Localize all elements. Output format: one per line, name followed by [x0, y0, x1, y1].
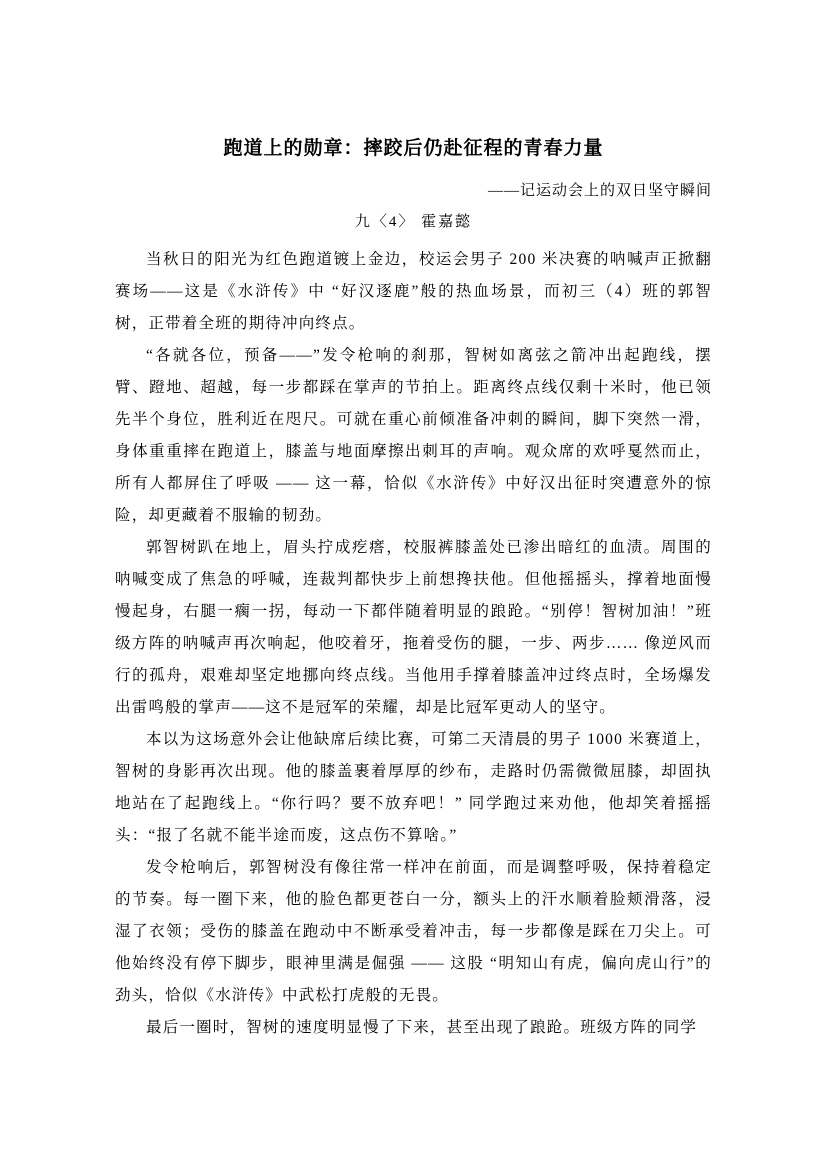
paragraph: 当秋日的阳光为红色跑道镀上金边，校运会男子 200 米决赛的呐喊声正掀翻赛场——… — [115, 244, 712, 340]
document-title: 跑道上的勋章：摔跤后仍赴征程的青春力量 — [115, 130, 712, 168]
document-subtitle: ——记运动会上的双日坚守瞬间 — [115, 176, 712, 207]
document-page: 跑道上的勋章：摔跤后仍赴征程的青春力量 ——记运动会上的双日坚守瞬间 九〈4〉 … — [0, 0, 827, 1170]
paragraph: 郭智树趴在地上，眉头拧成疙瘩，校服裤膝盖处已渗出暗红的血渍。周围的呐喊变成了焦急… — [115, 532, 712, 724]
document-body: 当秋日的阳光为红色跑道镀上金边，校运会男子 200 米决赛的呐喊声正掀翻赛场——… — [115, 244, 712, 1044]
paragraph: 最后一圈时，智树的速度明显慢了下来，甚至出现了踉跄。班级方阵的同学 — [115, 1012, 712, 1044]
author-line: 九〈4〉 霍嘉懿 — [115, 207, 712, 238]
paragraph: 发令枪响后，郭智树没有像往常一样冲在前面，而是调整呼吸，保持着稳定的节奏。每一圈… — [115, 852, 712, 1012]
paragraph: 本以为这场意外会让他缺席后续比赛，可第二天清晨的男子 1000 米赛道上，智树的… — [115, 724, 712, 852]
paragraph: “各就各位，预备——”发令枪响的刹那，智树如离弦之箭冲出起跑线，摆臂、蹬地、超越… — [115, 340, 712, 532]
